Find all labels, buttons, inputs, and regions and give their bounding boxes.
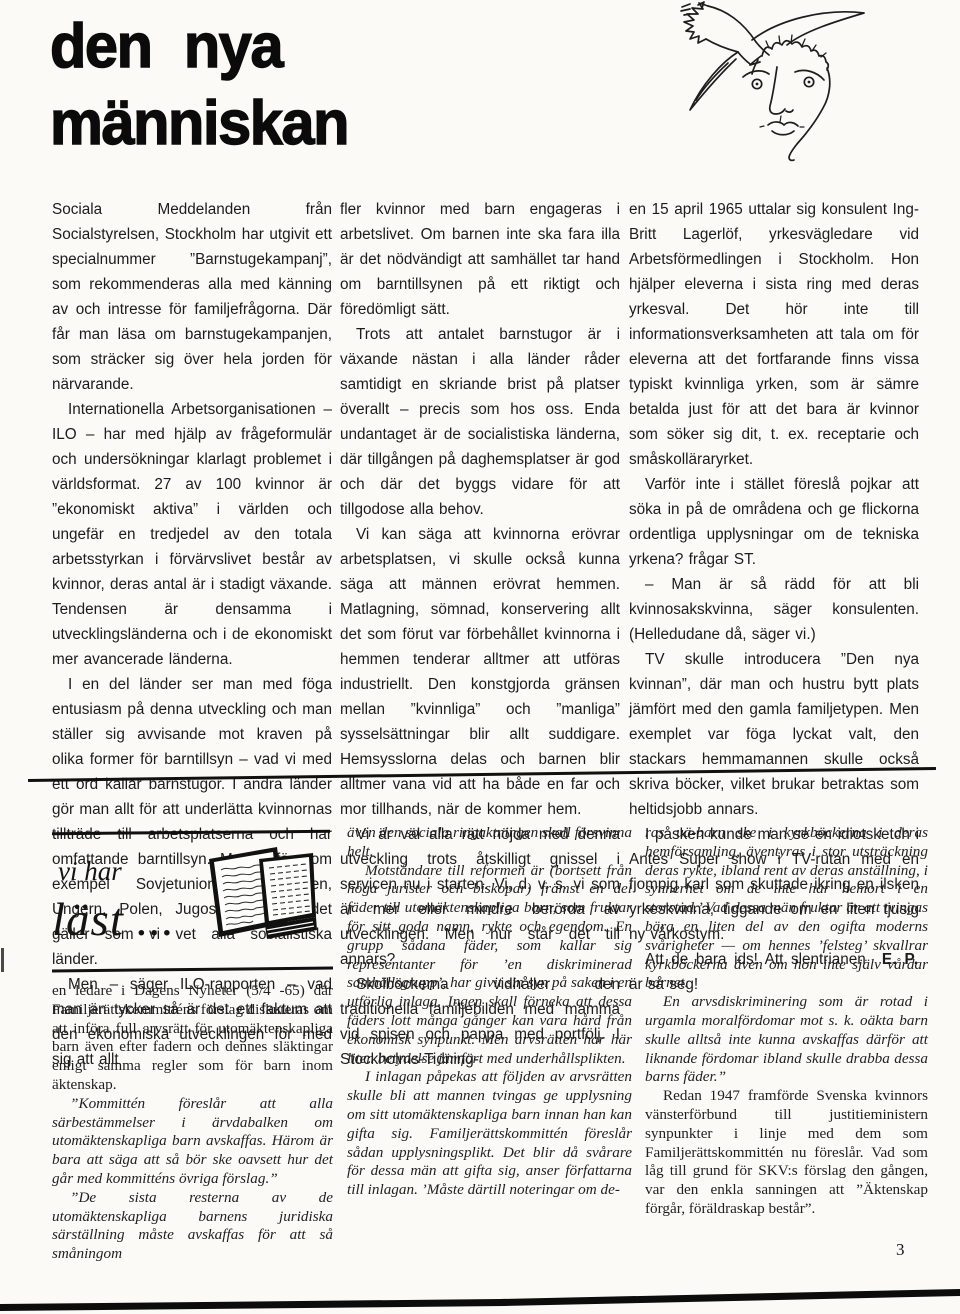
paragraph: Sociala Meddelanden från Socialstyrelsen… [52, 197, 332, 397]
quoted-paragraph: ”De sista resterna av de utomäktenskapli… [52, 1189, 333, 1264]
paragraph: fler kvinnor med barn engageras i arbets… [340, 197, 620, 322]
page-title-line1: den nya [50, 8, 348, 85]
open-book-icon [203, 845, 317, 947]
paragraph: en ledare i Dagens Nyheter (5/4 -65) där… [52, 982, 333, 1095]
paragraph: TV skulle introducera ”Den nya kvinnan”,… [629, 647, 919, 822]
quoted-paragraph: I inlagan påpekas att följden av arvsrät… [347, 1068, 632, 1200]
paragraph: en 15 april 1965 uttalar sig konsulent I… [629, 197, 919, 472]
paragraph: Redan 1947 framförde Svenska kvinnors vä… [645, 1087, 928, 1219]
paragraph: – Man är så rädd för att bli kvinnosaksk… [629, 572, 919, 647]
peace-dove-face-illustration [640, 0, 940, 168]
page-title: den nya människan [50, 8, 348, 162]
page-number: 3 [896, 1240, 905, 1260]
quoted-paragraph: ras uä-barn ske i kyrkböckerna i deras h… [645, 824, 928, 993]
page-title-line2: människan [50, 85, 348, 162]
quoted-paragraph: En arvsdiskriminering som är rotad i urg… [645, 993, 928, 1087]
paragraph: Varför inte i stället föreslå pojkar att… [629, 472, 919, 572]
read-column-2: även den sociala ringaktningen skall för… [347, 824, 632, 1200]
read-section-heading-line1: vi har [58, 858, 122, 885]
quoted-paragraph: ”Kommittén föreslår att alla särbestämme… [52, 1095, 333, 1189]
read-section-heading-line2: läst ... [52, 897, 175, 944]
paragraph: Trots att antalet barnstugor är i växand… [340, 322, 620, 522]
paragraph: Internationella Arbetsorganisationen – I… [52, 397, 332, 672]
face-icon [743, 35, 830, 160]
scan-artifact [1, 948, 4, 972]
quoted-paragraph: Motståndare till reformen är (bortsett f… [347, 862, 632, 1069]
magazine-page: den nya människan [0, 0, 960, 1314]
quoted-paragraph: även den sociala ringaktningen skall för… [347, 824, 632, 862]
dove-icon [684, 3, 864, 110]
read-column-1: en ledare i Dagens Nyheter (5/4 -65) där… [52, 982, 333, 1264]
read-column-3: ras uä-barn ske i kyrkböckerna i deras h… [645, 824, 928, 1219]
page-edge-bar [0, 1286, 960, 1314]
